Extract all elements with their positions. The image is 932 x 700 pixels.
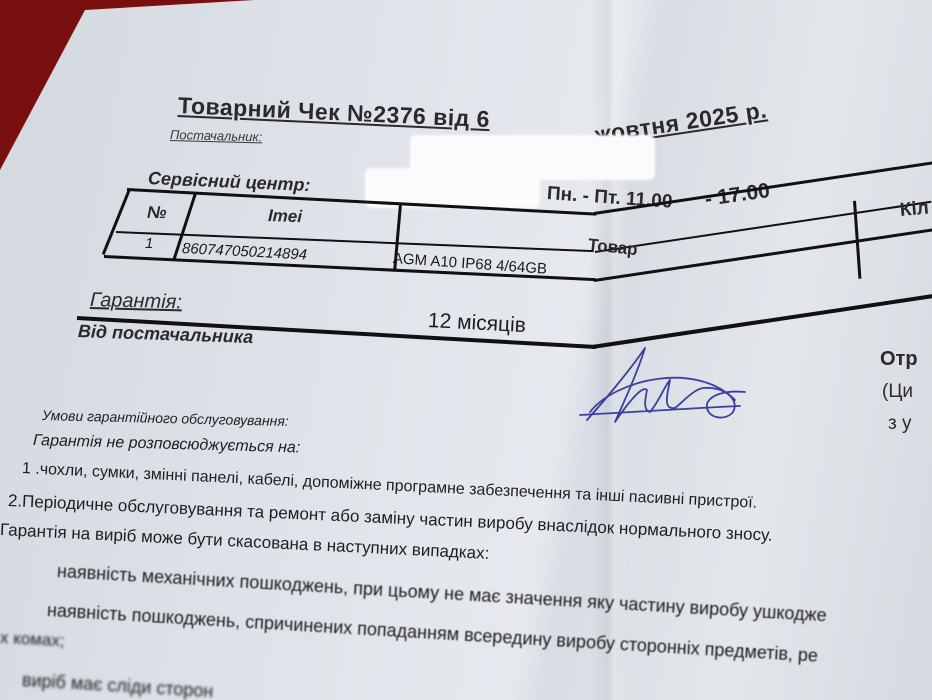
warranty-label: Гарантія: [90, 289, 183, 314]
table-header-imei: Imei [268, 206, 303, 227]
table-row-no: 1 [145, 235, 153, 252]
received-label-partial: Отр [880, 348, 918, 371]
table-header-no: № [147, 203, 166, 223]
supplier-label: Постачальник: [170, 127, 263, 144]
signature-mark [575, 340, 755, 440]
terms-case-2-continued: х комах; [0, 628, 65, 651]
table-header-qty: Кіл [899, 198, 930, 222]
right-note-line2: (Ци [882, 381, 913, 403]
right-note-line3: з у [888, 413, 912, 435]
warranty-value: 12 місяців [427, 309, 526, 338]
